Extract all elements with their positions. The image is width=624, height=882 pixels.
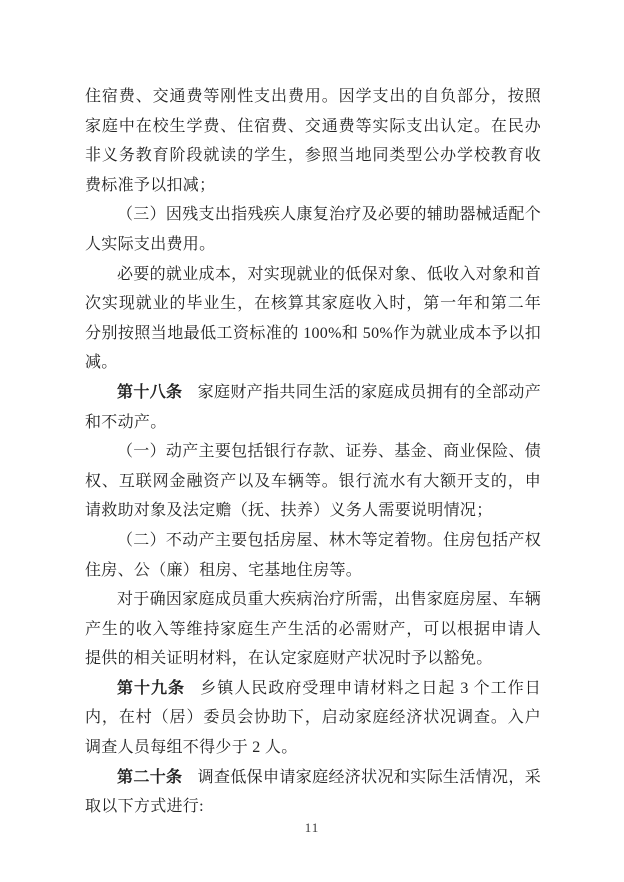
page-number: 11 — [0, 820, 624, 836]
paragraph-text: 对于确因家庭成员重大疾病治疗所需，出售家庭房屋、车辆产生的收入等维持家庭生产生活… — [85, 591, 541, 667]
paragraph-article-20: 第二十条调查低保申请家庭经济状况和实际生活情况，采取以下方式进行: — [85, 763, 541, 822]
paragraph: （三）因残支出指残疾人康复治疗及必要的辅助器械适配个人实际支出费用。 — [85, 200, 541, 259]
paragraph-article-18: 第十八条家庭财产指共同生活的家庭成员拥有的全部动产和不动产。 — [85, 378, 541, 437]
paragraph-text: （二）不动产主要包括房屋、林木等定着物。住房包括产权住房、公（廉）租房、宅基地住… — [85, 532, 541, 579]
paragraph: 必要的就业成本，对实现就业的低保对象、低收入对象和首次实现就业的毕业生，在核算其… — [85, 260, 541, 378]
paragraph-text: 住宿费、交通费等刚性支出费用。因学支出的自负部分，按照家庭中在校生学费、住宿费、… — [85, 88, 541, 194]
paragraph-text: （三）因残支出指残疾人康复治疗及必要的辅助器械适配个人实际支出费用。 — [85, 206, 541, 253]
paragraph-article-19: 第十九条乡镇人民政府受理申请材料之日起 3 个工作日内，在村（居）委员会协助下，… — [85, 674, 541, 763]
document-body: 住宿费、交通费等刚性支出费用。因学支出的自负部分，按照家庭中在校生学费、住宿费、… — [85, 82, 541, 822]
document-page: 住宿费、交通费等刚性支出费用。因学支出的自负部分，按照家庭中在校生学费、住宿费、… — [0, 0, 624, 882]
article-number-label: 第十九条 — [117, 680, 185, 697]
paragraph: 对于确因家庭成员重大疾病治疗所需，出售家庭房屋、车辆产生的收入等维持家庭生产生活… — [85, 585, 541, 674]
paragraph: （二）不动产主要包括房屋、林木等定着物。住房包括产权住房、公（廉）租房、宅基地住… — [85, 526, 541, 585]
paragraph-text: 必要的就业成本，对实现就业的低保对象、低收入对象和首次实现就业的毕业生，在核算其… — [85, 266, 541, 372]
article-number-label: 第十八条 — [117, 384, 182, 401]
article-number-label: 第二十条 — [117, 769, 182, 786]
paragraph-text: （一）动产主要包括银行存款、证券、基金、商业保险、债权、互联网金融资产以及车辆等… — [85, 443, 541, 519]
paragraph-continued: 住宿费、交通费等刚性支出费用。因学支出的自负部分，按照家庭中在校生学费、住宿费、… — [85, 82, 541, 200]
paragraph: （一）动产主要包括银行存款、证券、基金、商业保险、债权、互联网金融资产以及车辆等… — [85, 437, 541, 526]
